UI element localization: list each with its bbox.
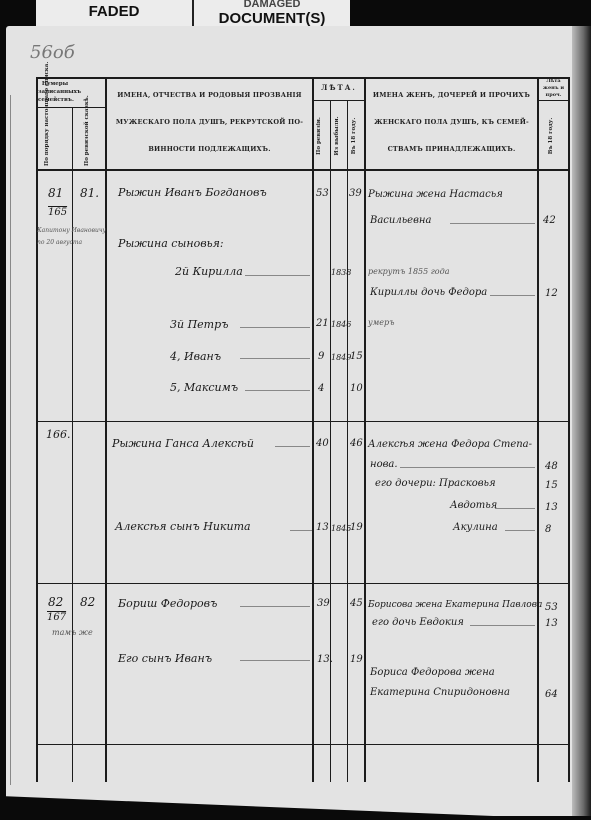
- male-header-line2: МУЖЕСКАГО ПОЛА ДУШЪ, РЕКРУТСКОЙ ПО-: [107, 109, 312, 136]
- dash-line: [290, 530, 312, 531]
- family2-male-1-rev: 13: [316, 522, 329, 533]
- header-male-names: ИМЕНА, ОТЧЕСТВА И РОДОВЫЯ ПРОЗВАНІЯ МУЖЕ…: [107, 82, 312, 163]
- family2-female-3: Авдотья: [450, 500, 497, 511]
- family2-female-2-age: 15: [545, 480, 558, 491]
- family2-order-no: 166.: [46, 428, 71, 441]
- family3-male-1-y18: 19: [350, 654, 363, 665]
- faded-document-tab: FADED DOCUMENT(S): [36, 0, 194, 26]
- header-sub-line-years: [312, 100, 365, 101]
- table-left-border: [36, 77, 38, 782]
- family1-male-0-y18: 39: [349, 188, 362, 199]
- family2-female-3-age: 13: [545, 502, 558, 513]
- family1-male-1: Рыжина сыновья:: [118, 237, 224, 250]
- family3-male-0: Бориш Федоровъ: [118, 597, 217, 610]
- dash-line: [240, 606, 310, 607]
- dash-line: [450, 223, 535, 224]
- dash-line: [495, 508, 535, 509]
- damaged-tab-top-text: DAMAGED: [194, 0, 350, 9]
- page-binding-edge: [572, 26, 591, 816]
- header-female-years: Лѣта женъ и проч.: [539, 78, 568, 99]
- dash-line: [240, 660, 310, 661]
- family1-female-1-age: 42: [543, 215, 556, 226]
- page-margin-line: [10, 95, 11, 785]
- col-div-order-revision: [72, 107, 73, 782]
- family3-male-1: Его сынъ Иванъ: [118, 652, 212, 665]
- family1-revision-no: 81.: [80, 186, 99, 200]
- family1-male-2: 2й Кирилла: [175, 265, 243, 278]
- family1-male-4-rev: 9: [318, 351, 324, 362]
- family1-male-4: 4, Иванъ: [170, 350, 221, 363]
- dash-line: [490, 295, 535, 296]
- family3-female-3: Екатерина Спиридоновна: [370, 687, 510, 698]
- dash-line: [240, 327, 310, 328]
- family1-female-4: умеръ: [368, 318, 394, 327]
- family2-male-0-y18: 46: [350, 438, 363, 449]
- family1-male-0-rev: 53: [316, 188, 329, 199]
- table-right-border: [568, 77, 570, 782]
- family1-male-3: 3й Петръ: [170, 318, 229, 331]
- dash-line: [470, 625, 535, 626]
- dash-line: [245, 390, 310, 391]
- female-header-line1: ИМЕНА ЖЕНЪ, ДОЧЕРЕЙ И ПРОЧИХЪ: [366, 82, 537, 109]
- family1-male-3-retired: 1846: [331, 320, 351, 329]
- family1-female-0: Рыжина жена Настасья: [368, 189, 503, 200]
- family1-male-5-rev: 4: [318, 383, 324, 394]
- family1-male-0: Рыжин Иванъ Богдановъ: [118, 186, 267, 199]
- folio-number: 56об: [30, 42, 75, 63]
- family1-male-5-y18: 10: [350, 383, 363, 394]
- header-by-order: По порядку настоящаго списка.: [44, 110, 51, 166]
- col-div-female-ages: [537, 77, 539, 782]
- family-divider-3: [36, 744, 570, 745]
- family2-female-1-age: 48: [545, 461, 558, 472]
- family3-male-0-rev: 39: [317, 598, 330, 609]
- col-div-years-rev-retired: [330, 100, 331, 782]
- family2-male-0-rev: 40: [316, 438, 329, 449]
- family3-order-no: 82: [48, 595, 63, 609]
- family1-order-note: Капитону Ивановичу по 20 августа: [37, 225, 107, 249]
- family2-female-1: нова.: [370, 459, 398, 470]
- family1-male-3-rev: 21: [316, 318, 329, 329]
- header-years-18: Въ 18 году.: [351, 106, 358, 166]
- family2-female-0: Алексѣя жена Федора Степа-: [368, 439, 532, 450]
- header-years-retired: Из выбыли.: [334, 106, 341, 166]
- female-header-line3: СТВАМЪ ПРИНАДЛЕЖАЩИХЪ.: [366, 136, 537, 163]
- family3-female-3-age: 64: [545, 689, 558, 700]
- family1-male-4-y18: 15: [350, 351, 363, 362]
- family1-female-3: Кириллы дочь Федора: [370, 287, 487, 298]
- family1-male-2-retired: 1838: [331, 268, 351, 277]
- family2-female-4: Акулина: [453, 522, 498, 533]
- header-by-revision: По ревизской сказкѣ.: [84, 110, 91, 166]
- header-bottom-border: [36, 169, 570, 171]
- family1-order-sub: 165: [48, 207, 67, 218]
- family3-female-1-age: 13: [545, 618, 558, 629]
- family2-male-1-retired: 1845: [331, 524, 351, 533]
- family1-female-2: рекрутъ 1855 года: [368, 267, 449, 276]
- family2-female-2: его дочери: Прасковья: [375, 478, 496, 489]
- table-top-border: [36, 77, 570, 79]
- col-div-names-years: [312, 77, 314, 782]
- col-div-years-retired-18: [347, 100, 348, 782]
- family3-order-sub: 167: [47, 612, 66, 623]
- family1-female-3-age: 12: [545, 288, 558, 299]
- family2-male-1: Алексѣя сынъ Никита: [115, 520, 251, 533]
- family3-order-note: тамъ же: [52, 628, 93, 637]
- family2-male-1-y18: 19: [350, 522, 363, 533]
- family3-female-1: его дочь Евдокия: [372, 617, 464, 628]
- dash-line: [400, 467, 535, 468]
- header-sub-line-right: [537, 100, 569, 101]
- family3-male-0-y18: 45: [350, 598, 363, 609]
- family3-female-2: Бориса Федорова жена: [370, 667, 495, 678]
- dash-line: [275, 446, 310, 447]
- family3-revision-no: 82: [80, 595, 95, 609]
- family2-male-0: Рыжина Ганса Алексѣй: [112, 437, 254, 450]
- family2-female-4-age: 8: [545, 524, 551, 535]
- female-header-line2: ЖЕНСКАГО ПОЛА ДУШЪ, КЪ СЕМЕЙ-: [366, 109, 537, 136]
- family-divider-2: [36, 583, 570, 584]
- family3-female-0: Борисова жена Екатерина Павлова: [368, 600, 542, 610]
- male-header-line3: ВИННОСТИ ПОДЛЕЖАЩИХЪ.: [107, 136, 312, 163]
- dash-line: [240, 358, 310, 359]
- header-female-names: ИМЕНА ЖЕНЪ, ДОЧЕРЕЙ И ПРОЧИХЪ ЖЕНСКАГО П…: [366, 82, 537, 163]
- family-divider-1: [36, 421, 570, 422]
- family1-male-5: 5, Максимъ: [170, 381, 238, 394]
- family1-order-no: 81: [48, 186, 63, 200]
- col-div-years-female: [364, 77, 366, 782]
- header-years-revision: По ревизіи.: [316, 106, 323, 166]
- family3-female-0-age: 53: [545, 602, 558, 613]
- dash-line: [245, 275, 310, 276]
- male-header-line1: ИМЕНА, ОТЧЕСТВА И РОДОВЫЯ ПРОЗВАНІЯ: [107, 82, 312, 109]
- family3-male-1-rev: 13.: [317, 654, 333, 665]
- family1-male-4-retired: 1849: [331, 353, 351, 362]
- family1-female-1: Васильевна: [370, 215, 431, 226]
- dash-line: [505, 530, 535, 531]
- header-female-in-18: Въ 18 году.: [548, 106, 555, 166]
- header-years: ЛѢТА.: [314, 83, 364, 92]
- col-div-revision-names: [105, 77, 107, 782]
